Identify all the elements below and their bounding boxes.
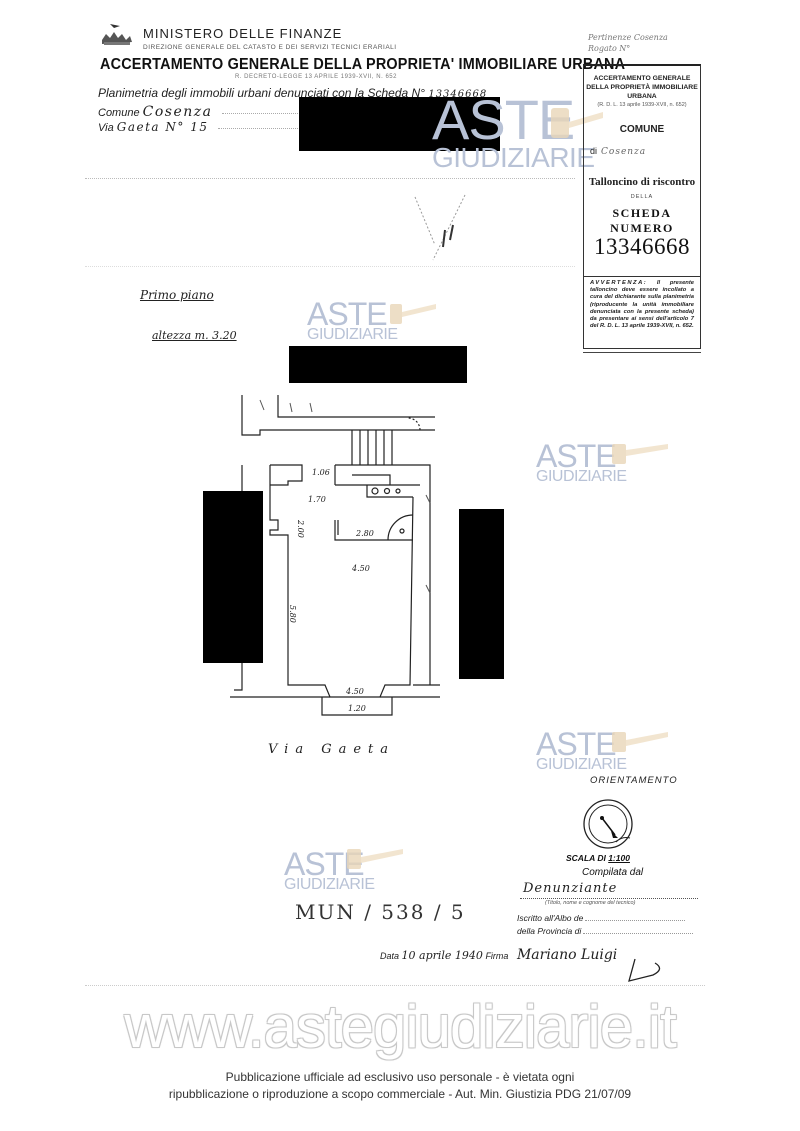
dimension-label: 1.06 (312, 468, 330, 477)
dimension-label: 4.50 (351, 564, 370, 573)
coat-of-arms-icon (100, 22, 134, 50)
ministry-name: MINISTERO DELLE FINANZE (143, 26, 342, 41)
stamp-heading: ACCERTAMENTO GENERALE DELLA PROPRIETÀ IM… (584, 74, 700, 101)
stamp-handwritten-note: Pertinenze Cosenza Rogato N° (588, 32, 668, 54)
orientation-label: ORIENTAMENTO (590, 775, 678, 786)
gavel-icon (388, 300, 438, 330)
stamp-number: 13346668 (584, 234, 700, 260)
compiler-hint: (Titolo, nome e cognome del tecnico) (545, 900, 635, 906)
compiled-by-label: Compilata dal (582, 867, 643, 878)
albo-line: Iscritto all'Albo de (517, 913, 685, 923)
comune-value: Cosenza (143, 104, 213, 120)
dimension-label: 4.50 (345, 687, 364, 696)
via-label: Via (98, 122, 114, 134)
reference-code: MUN / 538 / 5 (295, 900, 466, 924)
signature: Mariano Luigi (517, 947, 617, 963)
talloncino-stamp: ACCERTAMENTO GENERALE DELLA PROPRIETÀ IM… (583, 64, 701, 349)
divider (85, 178, 575, 179)
scale-label: SCALA DI 1:100 (566, 853, 630, 863)
comune-label: Comune (98, 107, 140, 119)
street-label: Via Gaeta (268, 742, 395, 757)
provincia-line: della Provincia di (517, 926, 693, 936)
dimension-label: 2.80 (355, 529, 374, 538)
floor-label: Primo piano (140, 288, 214, 302)
site-watermark: www.astegiudiziarie.it (0, 992, 800, 1061)
redaction-block (203, 491, 263, 663)
date-signature-line: Data 10 aprile 1940 Firma Mariano Luigi (380, 947, 617, 963)
stamp-talloncino: Talloncino di riscontro (584, 176, 700, 188)
direzione-name: DIREZIONE GENERALE DEL CATASTO E DEI SER… (143, 44, 397, 51)
stamp-warning: AVVERTENZA: Il presente talloncino deve … (590, 280, 694, 330)
compass-icon (582, 798, 642, 856)
gavel-icon (345, 845, 405, 875)
footer-notice: Pubblicazione ufficiale ad esclusivo uso… (0, 1069, 800, 1103)
document-title: ACCERTAMENTO GENERALE DELLA PROPRIETA' I… (100, 56, 625, 74)
gavel-icon (610, 440, 670, 470)
pencil-annotation (405, 185, 485, 265)
watermark-logo: ASTE GIUDIZIARIE (307, 298, 398, 343)
date-value: 10 aprile 1940 (402, 949, 483, 962)
compiler-name: Denunziante (523, 881, 617, 896)
gavel-icon (610, 728, 670, 758)
redaction-block (459, 509, 504, 679)
stamp-scheda-numero: SCHEDA NUMERO (584, 206, 700, 236)
stamp-di: diCosenza (590, 146, 646, 157)
stamp-rdl: (R. D. L. 13 aprile 1939-XVII, n. 652) (584, 102, 700, 108)
dimension-label: 2.00 (296, 519, 305, 538)
decree-reference: R. DECRETO-LEGGE 13 APRILE 1939-XVII, N.… (235, 74, 397, 80)
dimension-label: 5.80 (288, 605, 297, 623)
floor-height: altezza m. 3.20 (152, 329, 237, 342)
via-value: Gaeta N° 15 (117, 120, 209, 134)
stamp-della: DELLA (584, 194, 700, 200)
dimension-label: 1.70 (308, 495, 326, 504)
dimension-label: 1.20 (348, 704, 366, 713)
divider (85, 266, 575, 267)
redaction-block (289, 346, 467, 383)
stamp-comune: COMUNE (584, 124, 700, 135)
signature-flourish (625, 955, 675, 985)
divider (583, 352, 701, 353)
